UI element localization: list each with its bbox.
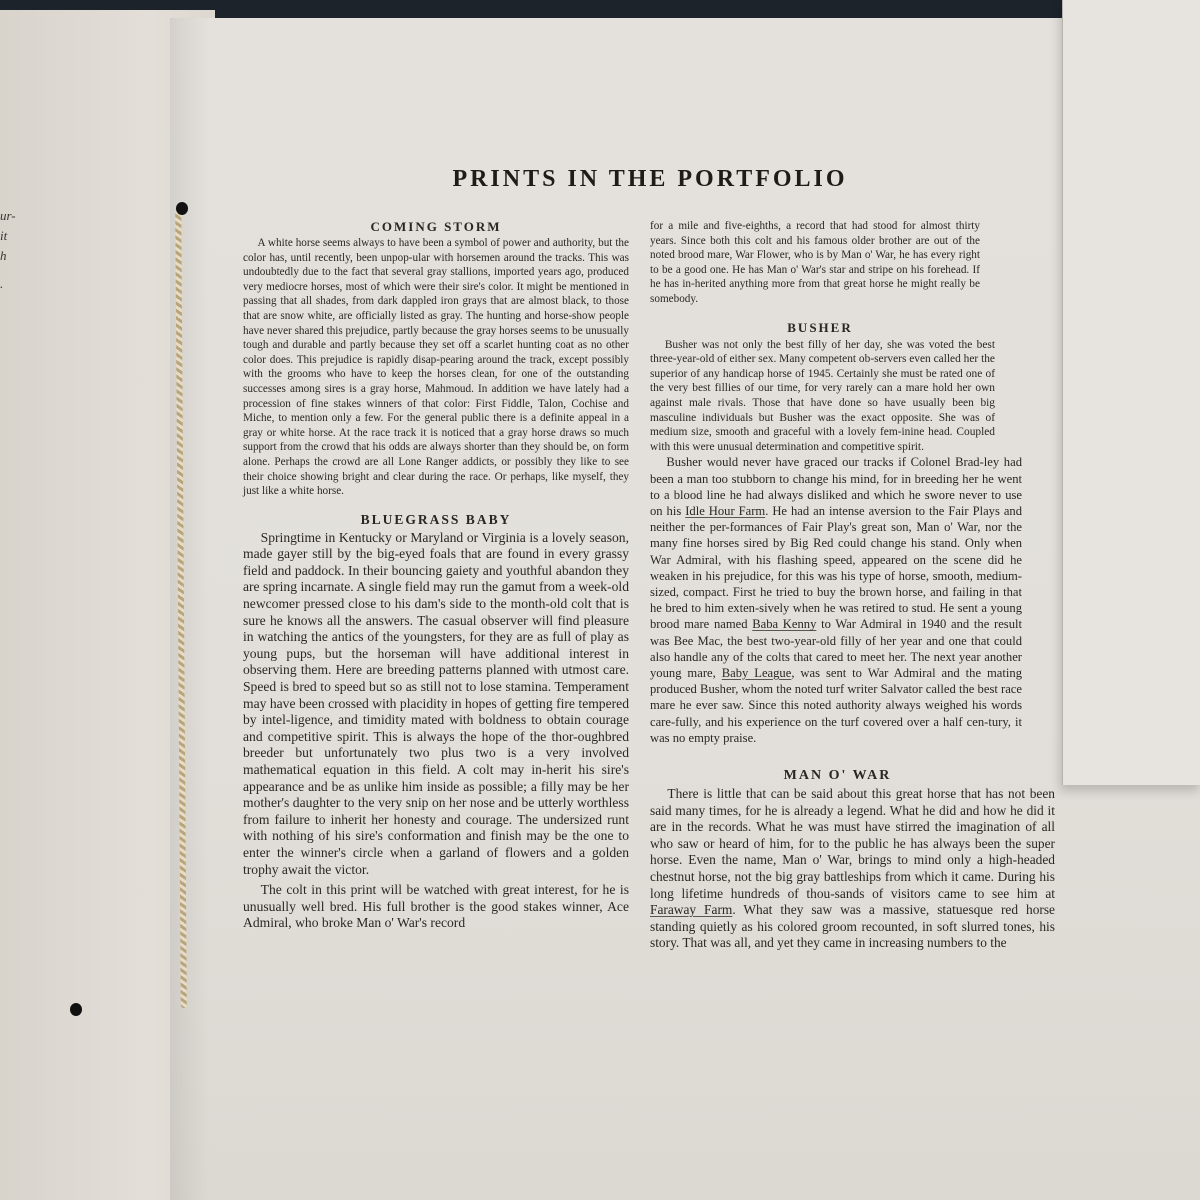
paragraph-man-o-war: There is little that can be said about t… — [650, 786, 1055, 952]
underlined-idle-hour-farm: Idle Hour Farm — [685, 504, 765, 518]
underlined-baba-kenny: Baba Kenny — [752, 617, 816, 631]
paragraph-busher-2: Busher would never have graced our track… — [650, 454, 1022, 746]
left-page-text-fragment: it — [0, 228, 7, 244]
paragraph-busher-1: Busher was not only the best filly of he… — [650, 338, 995, 455]
column-left: COMING STORM A white horse seems always … — [243, 219, 629, 932]
underlined-faraway-farm: Faraway Farm — [650, 902, 732, 917]
left-page-text-fragment: . — [0, 276, 3, 292]
left-page-text-fragment: h — [0, 248, 7, 264]
section-heading-coming-storm: COMING STORM — [243, 219, 629, 235]
text-run: There is little that can be said about t… — [650, 786, 1055, 901]
binding-hole-top — [176, 202, 188, 215]
overlapping-sheet-right — [1062, 0, 1200, 785]
section-heading-man-o-war: MAN O' WAR — [650, 768, 1025, 784]
underlined-baby-league: Baby League — [722, 666, 792, 680]
section-heading-busher: BUSHER — [650, 320, 990, 336]
column-right: for a mile and five-eighths, a record th… — [650, 219, 1055, 952]
section-heading-bluegrass-baby: BLUEGRASS BABY — [243, 512, 629, 528]
text-run: . He had an intense aversion to the Fair… — [650, 504, 1022, 631]
paragraph-coming-storm: A white horse seems always to have been … — [243, 236, 629, 499]
paragraph-bluegrass-baby-2: The colt in this print will be watched w… — [243, 882, 629, 932]
paragraph-bluegrass-baby-1: Springtime in Kentucky or Maryland or Vi… — [243, 530, 629, 878]
left-page-text-fragment: ur- — [0, 208, 16, 224]
binding-hole-bottom — [70, 1003, 82, 1016]
page-title: PRINTS IN THE PORTFOLIO — [170, 166, 1130, 193]
gutter-shadow — [170, 18, 210, 1200]
paragraph-bluegrass-baby-continuation: for a mile and five-eighths, a record th… — [650, 219, 980, 307]
